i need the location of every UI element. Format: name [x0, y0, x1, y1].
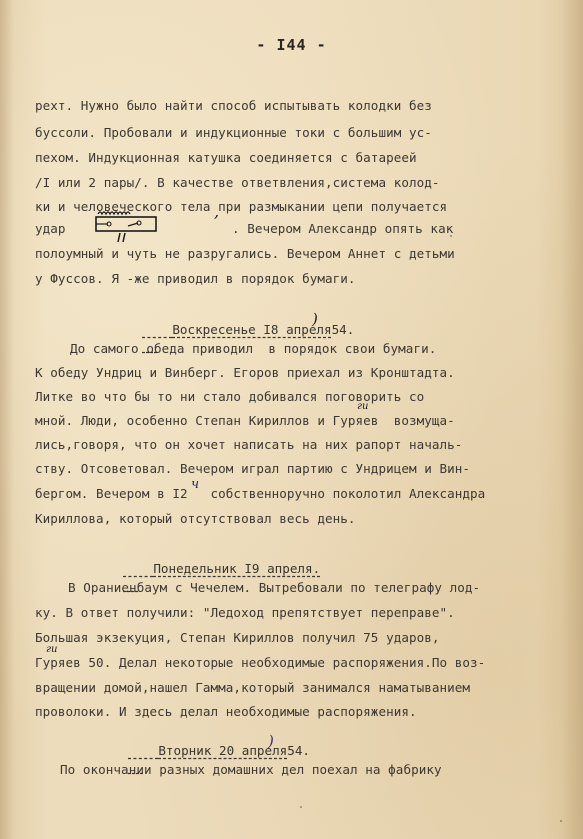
- page-number: - I44 -: [0, 36, 583, 54]
- handwritten-hour-mark: ч: [191, 477, 199, 492]
- handwritten-comma-mark: ,: [214, 202, 219, 221]
- heading-text: Воскресенье I8 апреля: [172, 322, 331, 337]
- text-line: удар: [35, 221, 66, 236]
- text-line: у Фуссов. Я -же приводил в порядок бумаг…: [35, 271, 356, 286]
- text-line: вращении домой,нашел Гамма,который заним…: [35, 680, 470, 695]
- text-line: лись,говоря, что он хочет написать на ни…: [35, 437, 462, 452]
- paper-speck: [450, 235, 452, 237]
- handwritten-year-mark: ): [268, 732, 274, 750]
- heading-year: 54.: [287, 743, 310, 758]
- text-line: Большая экзекуция, Степан Кириллов получ…: [35, 630, 440, 645]
- handwritten-correction-gi: ги: [357, 401, 369, 412]
- handwritten-year-mark: ): [312, 310, 318, 328]
- text-line: По окончании разных домашних дел поехал …: [60, 762, 442, 777]
- text-line: К обеду Ундриц и Винберг. Егоров приехал…: [35, 365, 455, 380]
- text-line: ку. В ответ получили: "Ледоход препятств…: [35, 605, 455, 620]
- circuit-sketch-icon: [92, 208, 162, 244]
- text-line: /I или 2 пары/. В качестве ответвления,с…: [35, 175, 440, 190]
- text-line: Кириллова, который отсутствовал весь ден…: [35, 511, 356, 526]
- handwritten-correction-gi: ги: [46, 644, 58, 655]
- document-page: - I44 - рехт. Нужно было найти способ ис…: [0, 0, 583, 839]
- text-line: В Ораниенбаум с Чечелем. Вытребовали по …: [68, 580, 480, 595]
- heading-text: Понедельник I9 апреля.: [153, 561, 320, 576]
- text-line: полоумный и чуть не разругались. Вечером…: [35, 246, 455, 261]
- paper-speck: [560, 820, 562, 822]
- text-line: . Вечером Александр опять как: [232, 221, 453, 236]
- text-line: проволоки. И здесь делал необходимые рас…: [35, 704, 417, 719]
- text-line: бергом. Вечером в I2 собственноручно пок…: [35, 486, 485, 501]
- text-line: ству. Отсоветовал. Вечером играл партию …: [35, 461, 470, 476]
- text-line: буссоли. Пробовали и индукционные токи с…: [35, 125, 432, 140]
- paper-speck: [300, 806, 302, 808]
- text-line: пехом. Индукционная катушка соединяется …: [35, 150, 417, 165]
- text-line: До самого обеда приводил в порядок свои …: [70, 341, 436, 356]
- text-line: рехт. Нужно было найти способ испытывать…: [35, 98, 432, 113]
- text-line: мной. Люди, особенно Степан Кириллов и Г…: [35, 413, 455, 428]
- heading-year: 54.: [332, 322, 355, 337]
- text-line: Гуряев 50. Делал некоторые необходимые р…: [35, 655, 485, 670]
